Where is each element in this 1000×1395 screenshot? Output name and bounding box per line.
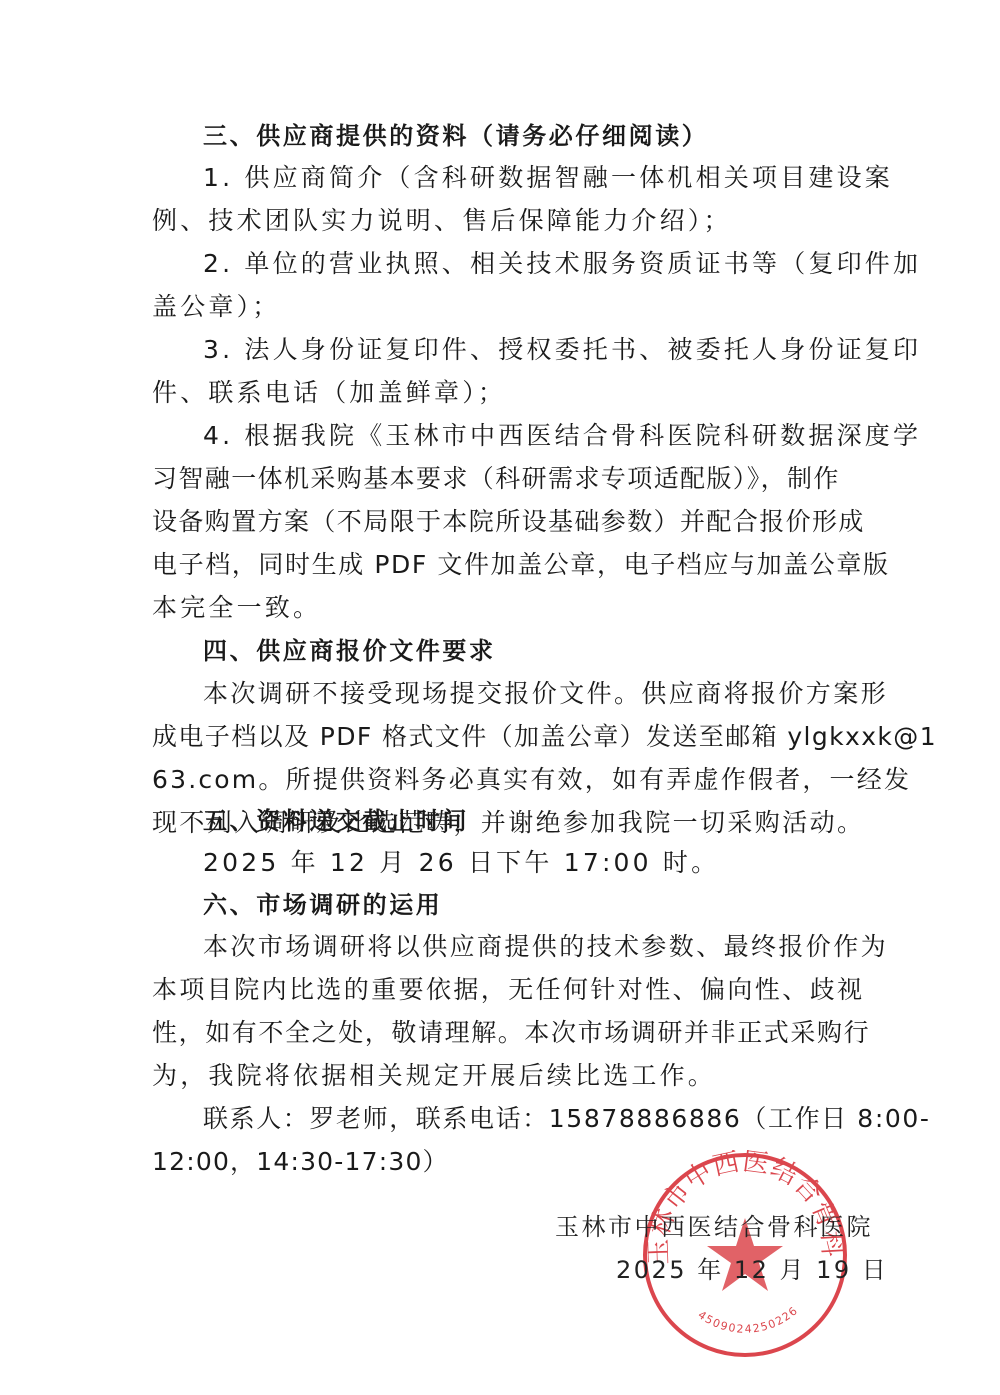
paragraph-line: 本次市场调研将以供应商提供的技术参数、最终报价作为 xyxy=(203,932,888,962)
section-heading-3: 三、供应商提供的资料（请务必仔细阅读） xyxy=(203,121,708,151)
deadline-line: 2025 年 12 月 26 日下午 17:00 时。 xyxy=(203,848,719,878)
paragraph-line: 例、技术团队实力说明、售后保障能力介绍）； xyxy=(152,206,732,236)
paragraph-line: 本完全一致。 xyxy=(152,593,321,623)
paragraph-line: 本次调研不接受现场提交报价文件。供应商将报价方案形 xyxy=(203,679,888,709)
paragraph-line: 3. 法人身份证复印件、授权委托书、被委托人身份证复印 xyxy=(203,335,921,365)
seal-code-text: 4509024250226 xyxy=(696,1304,801,1336)
paragraph-line: 性，如有不全之处，敬请理解。本次市场调研并非正式采购行 xyxy=(152,1018,870,1048)
paragraph-line: 2. 单位的营业执照、相关技术服务资质证书等（复印件加 xyxy=(203,249,921,279)
paragraph-line: 1. 供应商简介（含科研数据智融一体机相关项目建设案 xyxy=(203,163,893,193)
document-page: 三、供应商提供的资料（请务必仔细阅读） 1. 供应商简介（含科研数据智融一体机相… xyxy=(0,0,1000,1395)
paragraph-line: 习智融一体机采购基本要求（科研需求专项适配版）》，制作 xyxy=(152,464,840,494)
paragraph-line: 本项目院内比选的重要依据，无任何针对性、偏向性、歧视 xyxy=(152,975,864,1005)
paragraph-line: 4. 根据我院《玉林市中西医结合骨科医院科研数据深度学 xyxy=(203,421,921,451)
signature-date: 2025 年 12 月 19 日 xyxy=(616,1255,888,1285)
contact-hours-line: 12:00，14:30-17:30） xyxy=(152,1147,449,1177)
paragraph-line: 63.com。所提供资料务必真实有效，如有弄虚作假者，一经发 xyxy=(152,765,911,795)
signature-organization: 玉林市中西医结合骨科医院 xyxy=(555,1212,873,1242)
paragraph-line: 电子档，同时生成 PDF 文件加盖公章，电子档应与加盖公章版 xyxy=(152,550,890,580)
contact-line: 联系人：罗老师，联系电话：15878886886（工作日 8:00- xyxy=(203,1104,930,1134)
section-heading-4: 四、供应商报价文件要求 xyxy=(203,636,496,666)
paragraph-line: 成电子档以及 PDF 格式文件（加盖公章）发送至邮箱 ylgkxxk@1 xyxy=(152,722,937,752)
paragraph-line: 件、联系电话（加盖鲜章）； xyxy=(152,378,506,408)
paragraph-line: 设备购置方案（不局限于本院所设基础参数）并配合报价形成 xyxy=(152,507,865,537)
section-heading-5: 五、资料递交截止时间 xyxy=(203,806,469,836)
paragraph-line: 为，我院将依据相关规定开展后续比选工作。 xyxy=(152,1061,716,1091)
paragraph-line: 盖公章）； xyxy=(152,292,281,322)
svg-text:4509024250226: 4509024250226 xyxy=(696,1304,801,1336)
section-heading-6: 六、市场调研的运用 xyxy=(203,890,442,920)
